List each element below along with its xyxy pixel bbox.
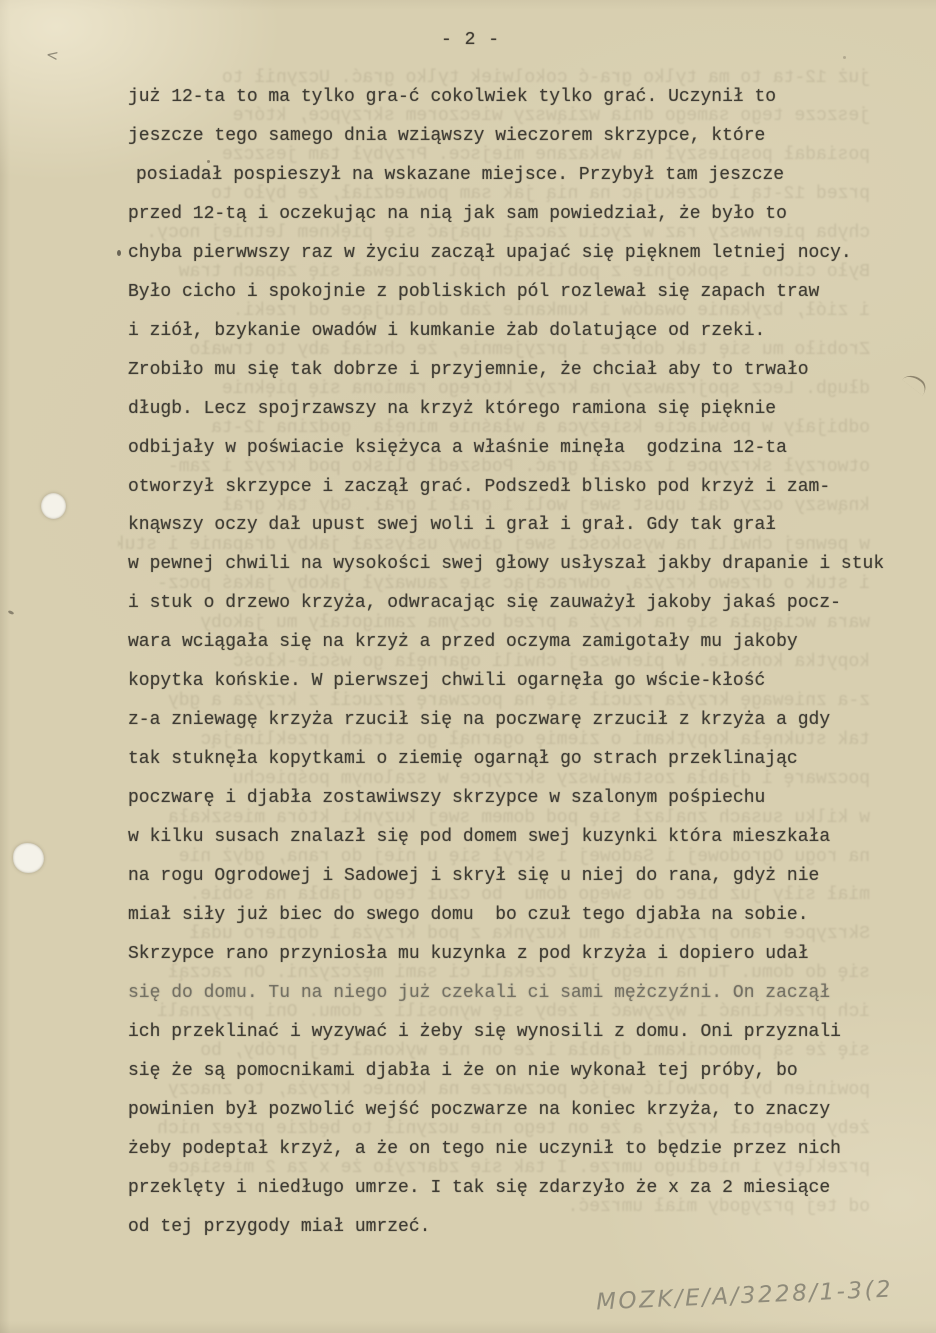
typed-line: kopytka końskie. W pierwszej chwili ogar… [128,670,765,692]
typed-line: Skrzypce rano przyniosła mu kuzynka z po… [128,943,809,965]
typed-line: knąwszy oczy dał upust swej woli i grał … [128,514,776,536]
typed-line: żeby podeptał krzyż, a że on tego nie uc… [128,1138,841,1160]
hole-punch-top [41,493,66,519]
pencil-check-mark: < [45,45,60,65]
typed-line: i stuk o drzewo krzyża, odwracając się z… [128,592,841,614]
typed-line: się że są pomocnikami djabła i że on nie… [128,1060,798,1082]
typed-line: na rogu Ogrodowej i Sadowej i skrył się … [128,865,819,887]
typed-line: się do domu. Tu na niego już czekali ci … [128,982,830,1004]
pencil-stroke-mark [902,370,930,395]
typed-line: ich przeklinać i wyzywać i żeby się wyno… [128,1021,841,1043]
paper-speck [207,160,210,163]
paper-speck [8,610,15,615]
typed-line: powinien był pozwolić wejść poczwarze na… [128,1099,830,1121]
typed-line: jeszcze tego samego dnia wziąwszy wieczo… [128,125,765,147]
typed-line: tak stuknęła kopytkami o ziemię ogarnął … [128,748,798,770]
typed-line: miał siły już biec do swego domu bo czuł… [128,904,809,926]
typed-line: otworzył skrzypce i zaczął grać. Podszed… [128,476,830,498]
typed-line: od tej przygody miał umrzeć. [128,1216,430,1238]
typed-line: już 12-ta to ma tylko gra-ć cokolwiek ty… [128,86,776,108]
typed-line: w pewnej chwili na wysokości swej głowy … [128,553,884,575]
typed-line: wara wciągała się na krzyż a przed oczym… [128,631,798,653]
typed-line: Zrobiło mu się tak dobrze i przyjemnie, … [128,359,809,381]
archive-reference-handwriting: MOZK/E/A/3228/1-3(2 [596,1277,894,1316]
paper-speck [843,56,846,59]
typed-line: odbijały w poświacie księżyca a właśnie … [128,437,787,459]
margin-dot-mark [117,250,121,256]
typed-line: chyba pierwwszy raz w życiu zaczął upaja… [128,242,852,264]
typed-line: i ziół, bzykanie owadów i kumkanie żab d… [128,320,765,342]
typed-line: z-a zniewagę krzyża rzucił się na poczwa… [128,709,830,731]
scanned-typescript-page: już 12-ta to ma tylko gra-ć cokolwiek ty… [0,0,936,1333]
typed-line: przed 12-tą i oczekując na nią jak sam p… [128,203,787,225]
typed-line: posiadał pospieszył na wskazane miejsce.… [136,164,784,186]
typed-line: poczwarę i djabła zostawiwszy skrzypce w… [128,787,765,809]
typed-line: Było cicho i spokojnie z pobliskich pól … [128,281,819,303]
typed-line: przeklęty i niedługo umrze. I tak się zd… [128,1177,830,1199]
paper-speck [255,949,257,954]
typed-line: w kilku susach znalazł się pod domem swe… [128,826,830,848]
page-number: - 2 - [441,30,500,50]
hole-punch-bottom [13,843,44,873]
typed-line: długb. Lecz spojrzawszy na krzyż którego… [128,398,776,420]
